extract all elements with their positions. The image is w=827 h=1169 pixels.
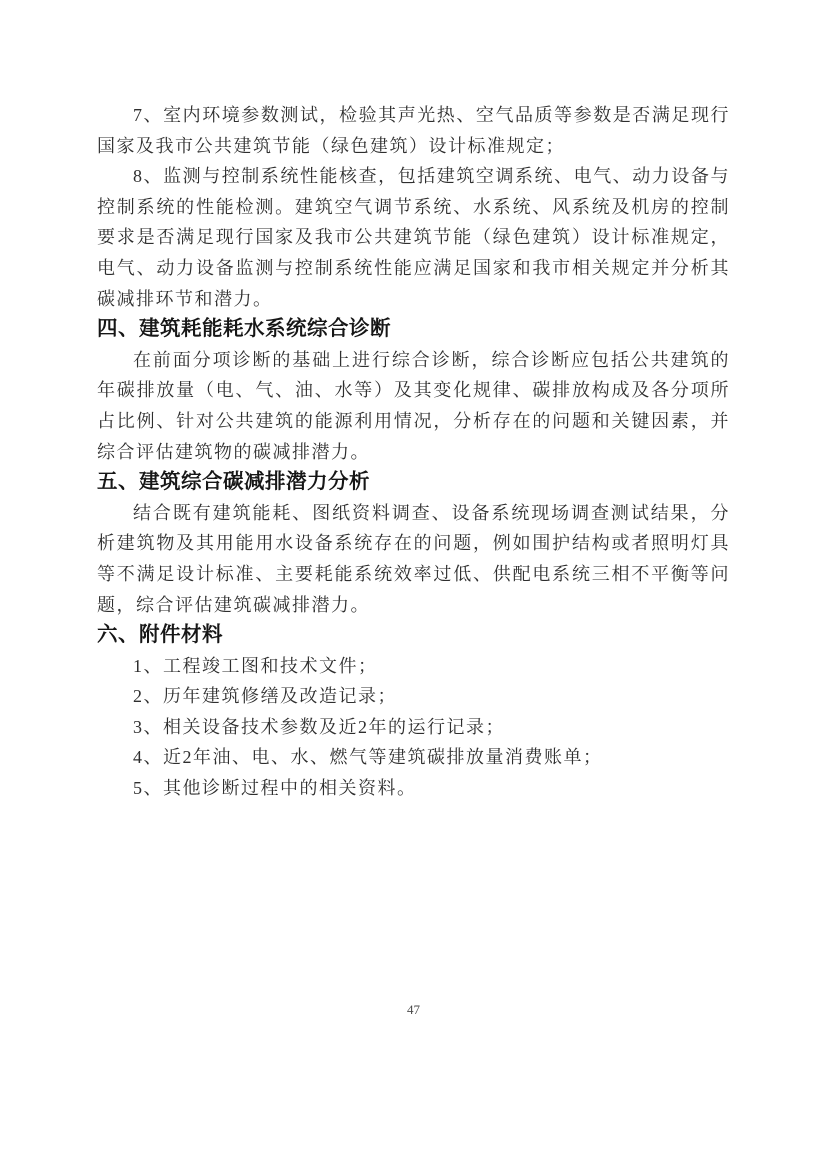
section-5-heading: 五、建筑综合碳减排潜力分析 [97, 467, 730, 498]
section-5-paragraph: 结合既有建筑能耗、图纸资料调查、设备系统现场调查测试结果，分析建筑物及其用能用水… [97, 498, 730, 620]
attachment-list-item-1: 1、工程竣工图和技术文件； [97, 651, 730, 682]
attachment-list-item-3: 3、相关设备技术参数及近2年的运行记录； [97, 712, 730, 743]
attachment-list-item-5: 5、其他诊断过程中的相关资料。 [97, 773, 730, 804]
document-page: 7、室内环境参数测试，检验其声光热、空气品质等参数是否满足现行国家及我市公共建筑… [0, 0, 827, 1169]
paragraph-item-7: 7、室内环境参数测试，检验其声光热、空气品质等参数是否满足现行国家及我市公共建筑… [97, 100, 730, 161]
section-6-heading: 六、附件材料 [97, 620, 730, 651]
attachment-list-item-4: 4、近2年油、电、水、燃气等建筑碳排放量消费账单； [97, 742, 730, 773]
attachment-list-item-2: 2、历年建筑修缮及改造记录； [97, 681, 730, 712]
page-number: 47 [407, 1002, 420, 1017]
page-content: 7、室内环境参数测试，检验其声光热、空气品质等参数是否满足现行国家及我市公共建筑… [97, 100, 730, 804]
paragraph-item-8: 8、监测与控制系统性能核查，包括建筑空调系统、电气、动力设备与控制系统的性能检测… [97, 161, 730, 314]
section-4-heading: 四、建筑耗能耗水系统综合诊断 [97, 314, 730, 345]
page-footer: 47 [0, 1002, 827, 1018]
section-4-paragraph: 在前面分项诊断的基础上进行综合诊断，综合诊断应包括公共建筑的年碳排放量（电、气、… [97, 345, 730, 467]
